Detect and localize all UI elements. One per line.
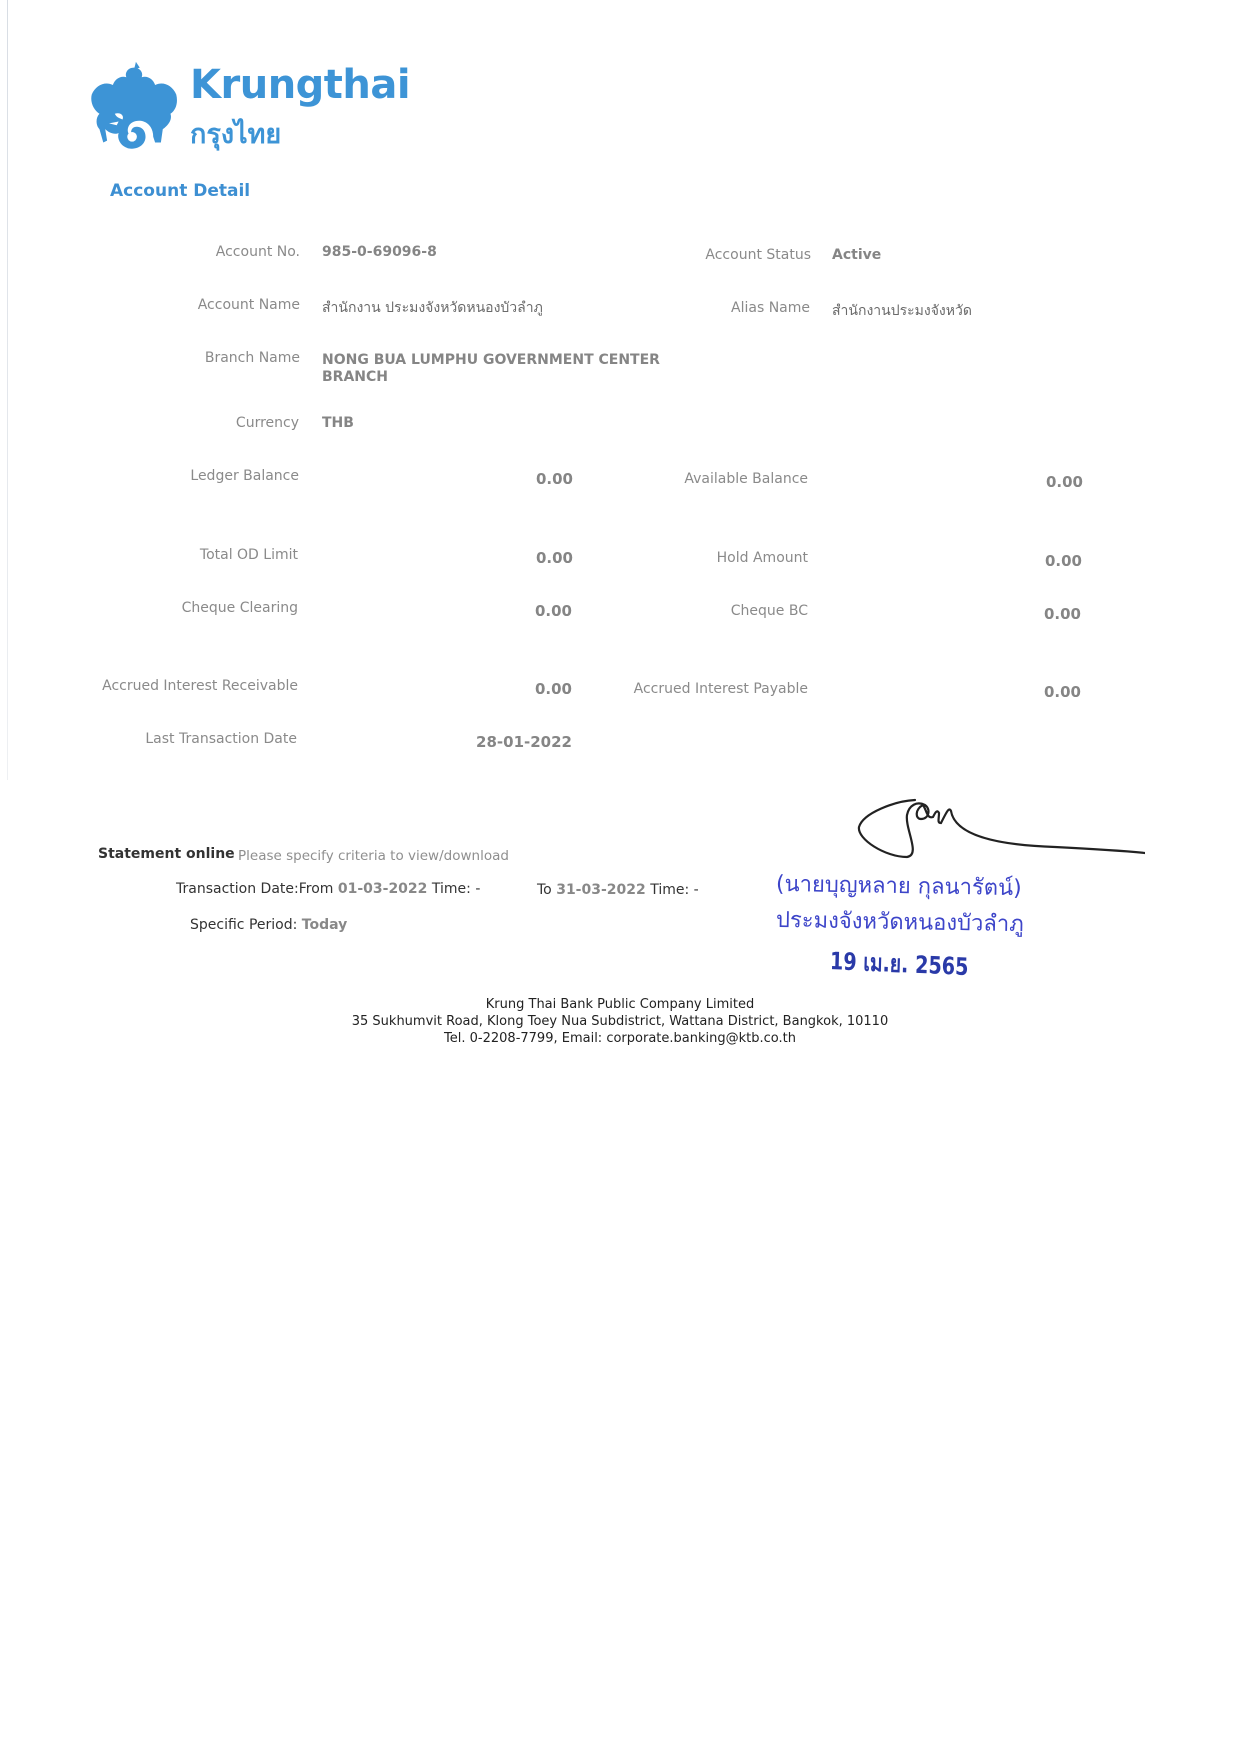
from-time-label: Time: (432, 881, 471, 897)
brand-name-english: Krungthai (190, 62, 410, 108)
accrued-interest-payable-label: Accrued Interest Payable (634, 681, 808, 697)
to-date-criteria: To 31-03-2022 Time: - (537, 882, 699, 898)
account-no-label: Account No. (216, 244, 300, 260)
transaction-date-label: Transaction Date: (176, 881, 299, 897)
statement-hint: Please specify criteria to view/download (238, 848, 509, 864)
footer-address: 35 Sukhumvit Road, Klong Toey Nua Subdis… (0, 1013, 1240, 1030)
branch-name-value-line2: BRANCH (322, 369, 388, 385)
specific-period-criteria: Specific Period: Today (190, 917, 347, 933)
cheque-clearing-label: Cheque Clearing (182, 600, 298, 616)
footer-contact: Tel. 0-2208-7799, Email: corporate.banki… (0, 1030, 1240, 1047)
currency-value: THB (322, 415, 354, 431)
total-od-limit-value: 0.00 (536, 549, 573, 567)
stamp-signer-name: (นายบุญหลาย กุลนารัตน์) (776, 866, 1022, 905)
account-status-value: Active (832, 247, 881, 263)
to-label: To (537, 882, 552, 898)
currency-label: Currency (236, 415, 299, 431)
branch-name-value-line1: NONG BUA LUMPHU GOVERNMENT CENTER (322, 352, 660, 368)
cheque-clearing-value: 0.00 (535, 602, 572, 620)
statement-online-title: Statement online (98, 846, 235, 862)
cheque-bc-label: Cheque BC (731, 603, 808, 619)
specific-period-value: Today (302, 917, 347, 933)
ledger-balance-label: Ledger Balance (190, 468, 299, 484)
krungthai-logo: Krungthai กรุงไทย (86, 60, 386, 160)
hold-amount-label: Hold Amount (717, 550, 808, 566)
footer: Krung Thai Bank Public Company Limited 3… (0, 996, 1240, 1047)
account-no-value: 985-0-69096-8 (322, 244, 437, 260)
available-balance-value: 0.00 (1046, 473, 1083, 491)
accrued-interest-receivable-label: Accrued Interest Receivable (102, 678, 298, 694)
from-time-value: - (475, 881, 480, 897)
last-transaction-date-label: Last Transaction Date (145, 731, 297, 747)
accrued-interest-receivable-value: 0.00 (535, 680, 572, 698)
total-od-limit-label: Total OD Limit (200, 547, 298, 563)
to-time-label: Time: (650, 882, 689, 898)
available-balance-label: Available Balance (684, 471, 808, 487)
transaction-date-criteria: Transaction Date:From 01-03-2022 Time: - (176, 881, 480, 897)
from-label: From (299, 881, 334, 897)
specific-period-label: Specific Period: (190, 917, 297, 933)
account-name-label: Account Name (198, 297, 300, 313)
handwritten-signature-icon (855, 795, 1145, 865)
stamp-date: 19 เม.ย. 2565 (829, 941, 969, 986)
last-transaction-date-value: 28-01-2022 (476, 733, 572, 751)
to-date-value: 31-03-2022 (556, 882, 646, 898)
to-time-value: - (694, 882, 699, 898)
footer-company-name: Krung Thai Bank Public Company Limited (0, 996, 1240, 1013)
brand-name-thai: กรุงไทย (190, 112, 281, 155)
from-date-value: 01-03-2022 (338, 881, 428, 897)
cheque-bc-value: 0.00 (1044, 605, 1081, 623)
branch-name-label: Branch Name (205, 350, 300, 366)
garuda-bird-icon (86, 60, 182, 156)
alias-name-label: Alias Name (731, 300, 810, 316)
alias-name-value: สำนักงานประมงจังหวัด (832, 300, 972, 322)
account-name-value: สำนักงาน ประมงจังหวัดหนองบัวลำภู (322, 297, 543, 319)
stamp-signer-title: ประมงจังหวัดหนองบัวลำภู (776, 902, 1024, 941)
ledger-balance-value: 0.00 (536, 470, 573, 488)
hold-amount-value: 0.00 (1045, 552, 1082, 570)
section-title: Account Detail (110, 181, 250, 201)
accrued-interest-payable-value: 0.00 (1044, 683, 1081, 701)
scan-edge-line (7, 0, 8, 780)
account-status-label: Account Status (705, 247, 811, 263)
